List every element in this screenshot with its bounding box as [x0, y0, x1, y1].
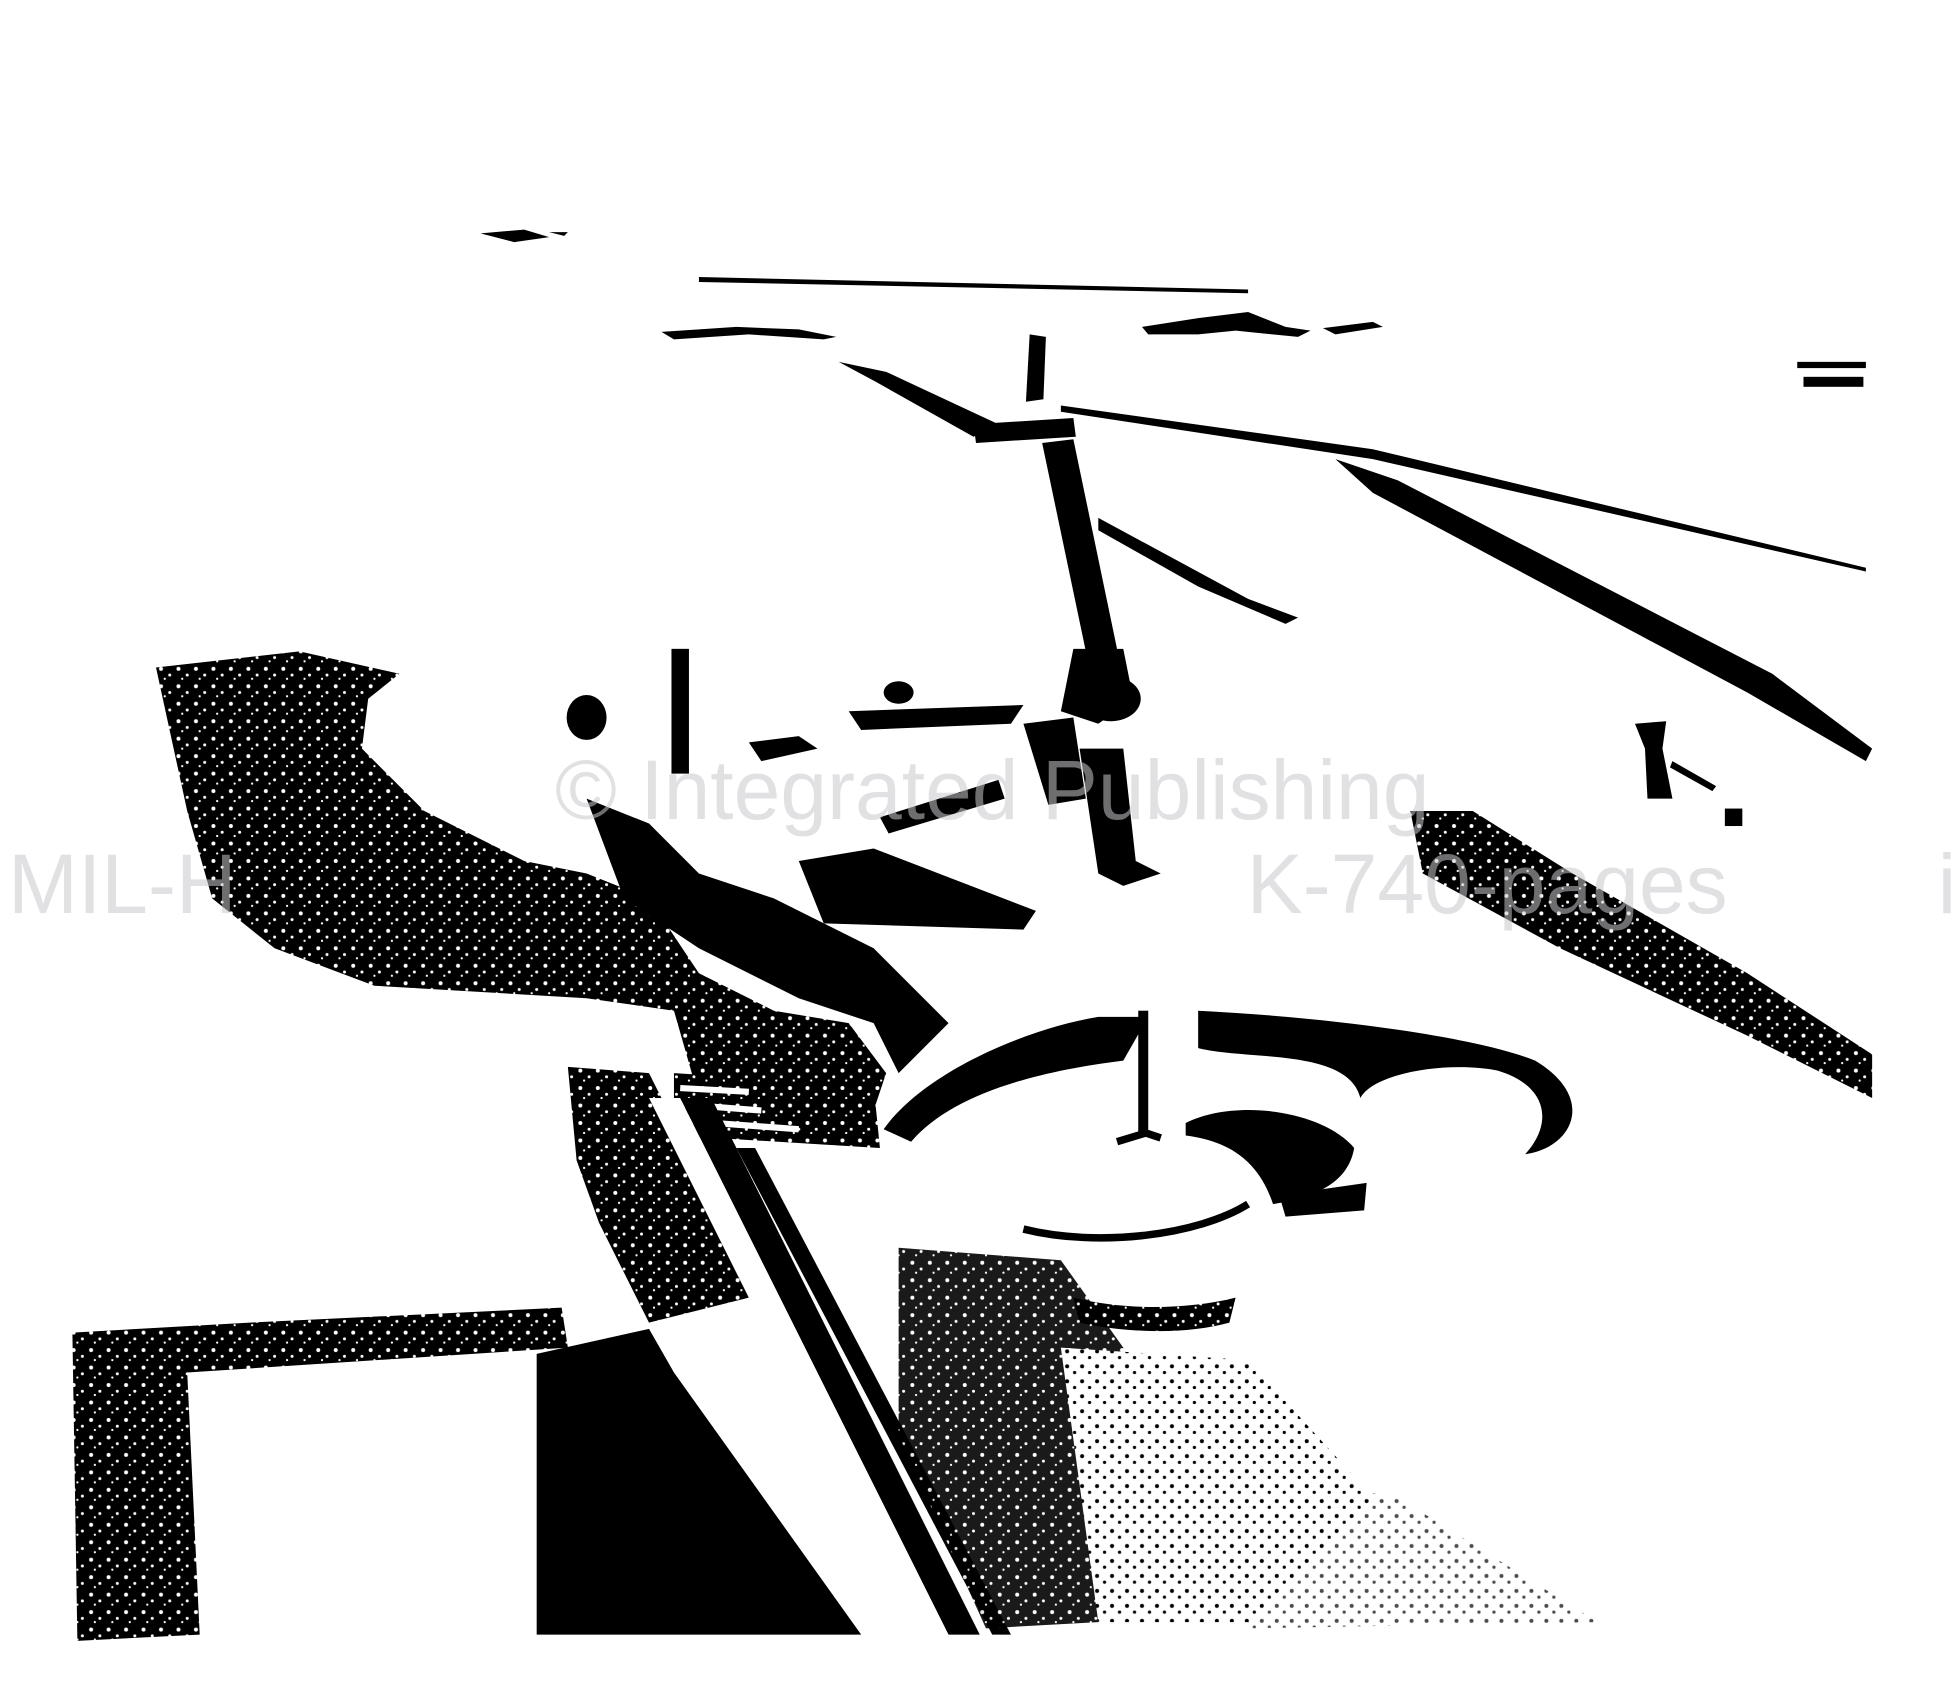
- deck-fitting-right: [1635, 721, 1742, 826]
- deck-surface-texture: [899, 1248, 1598, 1629]
- deck-photograph: [0, 0, 1957, 1682]
- horizon-details: [481, 230, 1866, 387]
- deck-edge: [839, 362, 1872, 761]
